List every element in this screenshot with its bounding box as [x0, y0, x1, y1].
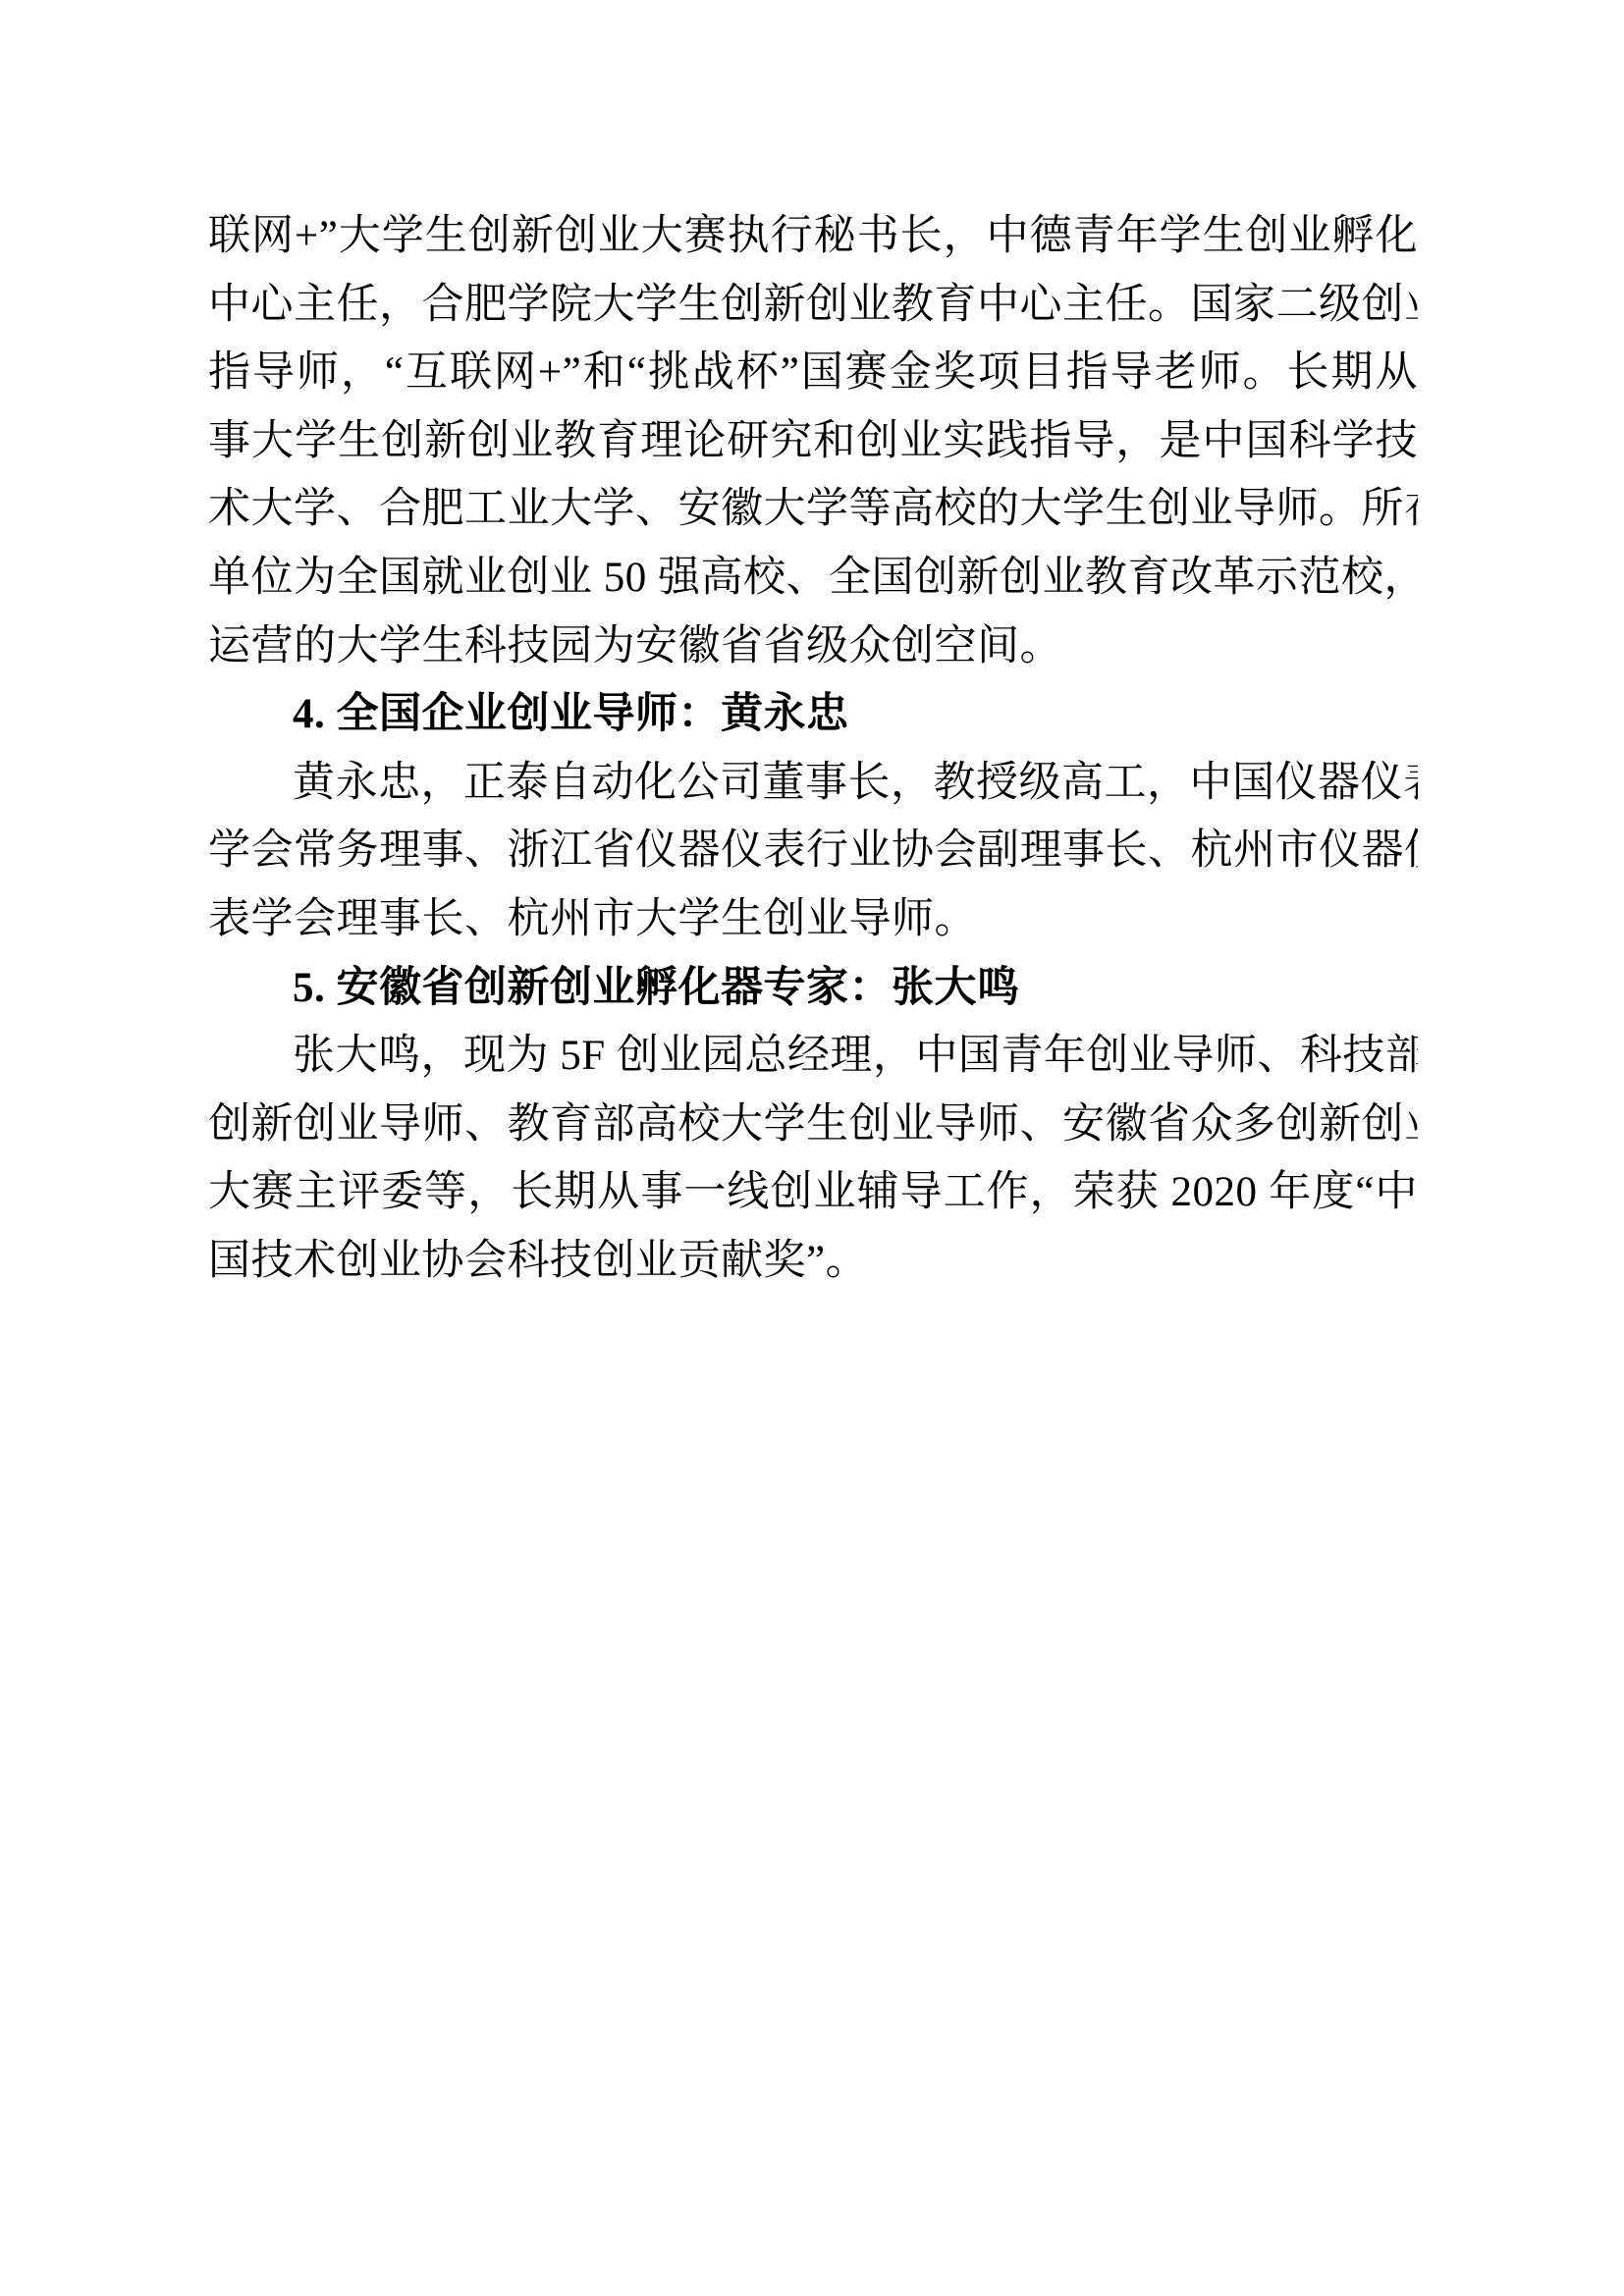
- paragraph-line: 指导师，“互联网+”和“挑战杯”国赛金奖项目指导老师。长期从: [208, 339, 1418, 407]
- paragraph-line: 国技术创业协会科技创业贡献奖”。: [208, 1227, 1418, 1296]
- paragraph-line: 创新创业导师、教育部高校大学生创业导师、安徽省众多创新创业: [208, 1091, 1418, 1159]
- paragraph-line: 黄永忠，正泰自动化公司董事长，教授级高工，中国仪器仪表: [208, 749, 1418, 818]
- paragraph-line: 运营的大学生科技园为安徽省省级众创空间。: [208, 613, 1418, 681]
- paragraph-line: 术大学、合肥工业大学、安徽大学等高校的大学生创业导师。所在: [208, 475, 1418, 544]
- paragraph-line: 联网+”大学生创新创业大赛执行秘书长，中德青年学生创业孵化: [208, 202, 1418, 271]
- section-heading-5: 5. 安徽省创新创业孵化器专家：张大鸣: [208, 954, 1418, 1023]
- section-heading-4: 4. 全国企业创业导师：黄永忠: [208, 680, 1418, 749]
- paragraph-line: 中心主任，合肥学院大学生创新创业教育中心主任。国家二级创业: [208, 271, 1418, 340]
- document-body: 联网+”大学生创新创业大赛执行秘书长，中德青年学生创业孵化 中心主任，合肥学院大…: [208, 202, 1418, 1296]
- paragraph-line: 学会常务理事、浙江省仪器仪表行业协会副理事长、杭州市仪器仪: [208, 817, 1418, 885]
- paragraph-line: 单位为全国就业创业 50 强高校、全国创新创业教育改革示范校，: [208, 544, 1418, 613]
- document-page: 联网+”大学生创新创业大赛执行秘书长，中德青年学生创业孵化 中心主任，合肥学院大…: [0, 0, 1624, 2296]
- paragraph-line: 张大鸣，现为 5F 创业园总经理，中国青年创业导师、科技部: [208, 1022, 1418, 1091]
- paragraph-line: 事大学生创新创业教育理论研究和创业实践指导，是中国科学技: [208, 407, 1418, 476]
- paragraph-line: 大赛主评委等，长期从事一线创业辅导工作，荣获 2020 年度“中: [208, 1158, 1418, 1227]
- paragraph-line: 表学会理事长、杭州市大学生创业导师。: [208, 885, 1418, 954]
